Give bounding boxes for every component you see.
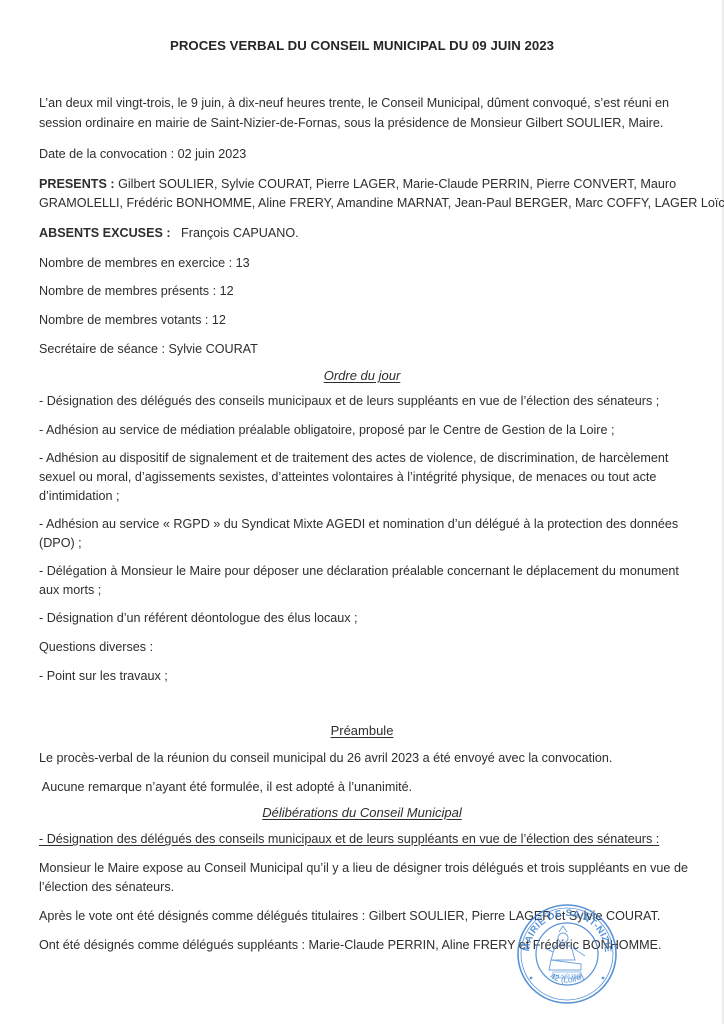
deliberations-heading-text: Délibérations du Conseil Municipal xyxy=(262,805,461,820)
absents-label: ABSENTS EXCUSES : xyxy=(39,226,171,240)
convocation-date: Date de la convocation : 02 juin 2023 xyxy=(39,147,246,161)
absents-names: François CAPUANO. xyxy=(171,226,299,240)
stamp-emblem-icon xyxy=(545,926,585,970)
agenda-item-1: - Désignation des délégués des conseils … xyxy=(39,394,659,408)
preamble-line-2: Aucune remarque n’ayant été formulée, il… xyxy=(39,780,412,794)
agenda-heading-text: Ordre du jour xyxy=(324,368,401,383)
agenda-item-5-line-2: aux morts ; xyxy=(39,583,101,597)
deliberations-heading: Délibérations du Conseil Municipal xyxy=(0,805,724,820)
agenda-item-4-line-2: (DPO) ; xyxy=(39,536,82,550)
deliberation-subheading: - Désignation des délégués des conseils … xyxy=(39,832,659,846)
question-item-1: - Point sur les travaux ; xyxy=(39,669,168,683)
mairie-stamp: MAIRIE DE SAINT-NIZIER-DE-FORNAS 42 (Loi… xyxy=(515,902,619,1006)
deliberation-paragraph-line-2: l’élection des sénateurs. xyxy=(39,880,174,894)
members-present: Nombre de membres présents : 12 xyxy=(39,284,234,298)
agenda-item-3-line-3: d’intimidation ; xyxy=(39,489,120,503)
intro-line-2: session ordinaire en mairie de Saint-Niz… xyxy=(39,116,663,130)
deliberation-paragraph-line-1: Monsieur le Maire expose au Conseil Muni… xyxy=(39,861,688,875)
presents-line-2: GRAMOLELLI, Frédéric BONHOMME, Aline FRE… xyxy=(39,196,724,210)
stamp-inner-text: 1er Août 1845 xyxy=(553,973,582,978)
presents-line-1: PRESENTS : Gilbert SOULIER, Sylvie COURA… xyxy=(39,177,676,191)
agenda-item-6: - Désignation d’un référent déontologue … xyxy=(39,611,358,625)
agenda-item-3-line-1: - Adhésion au dispositif de signalement … xyxy=(39,451,668,465)
agenda-item-4-line-1: - Adhésion au service « RGPD » du Syndic… xyxy=(39,517,678,531)
preamble-heading-text: Préambule xyxy=(331,723,394,738)
members-voting: Nombre de membres votants : 12 xyxy=(39,313,226,327)
members-in-office: Nombre de membres en exercice : 13 xyxy=(39,256,250,270)
agenda-heading: Ordre du jour xyxy=(0,368,724,383)
agenda-item-5-line-1: - Délégation à Monsieur le Maire pour dé… xyxy=(39,564,679,578)
presents-names-1: Gilbert SOULIER, Sylvie COURAT, Pierre L… xyxy=(115,177,677,191)
document-title: PROCES VERBAL DU CONSEIL MUNICIPAL DU 09… xyxy=(0,38,724,53)
agenda-item-3-line-2: sexuel ou moral, d’agissements sexistes,… xyxy=(39,470,656,484)
agenda-item-2: - Adhésion au service de médiation préal… xyxy=(39,423,614,437)
absents-line: ABSENTS EXCUSES : François CAPUANO. xyxy=(39,226,299,240)
questions-label: Questions diverses : xyxy=(39,640,153,654)
session-secretary: Secrétaire de séance : Sylvie COURAT xyxy=(39,342,258,356)
preamble-heading: Préambule xyxy=(0,723,724,738)
presents-label: PRESENTS : xyxy=(39,177,115,191)
preamble-line-1: Le procès-verbal de la réunion du consei… xyxy=(39,751,612,765)
intro-line-1: L’an deux mil vingt-trois, le 9 juin, à … xyxy=(39,96,669,110)
